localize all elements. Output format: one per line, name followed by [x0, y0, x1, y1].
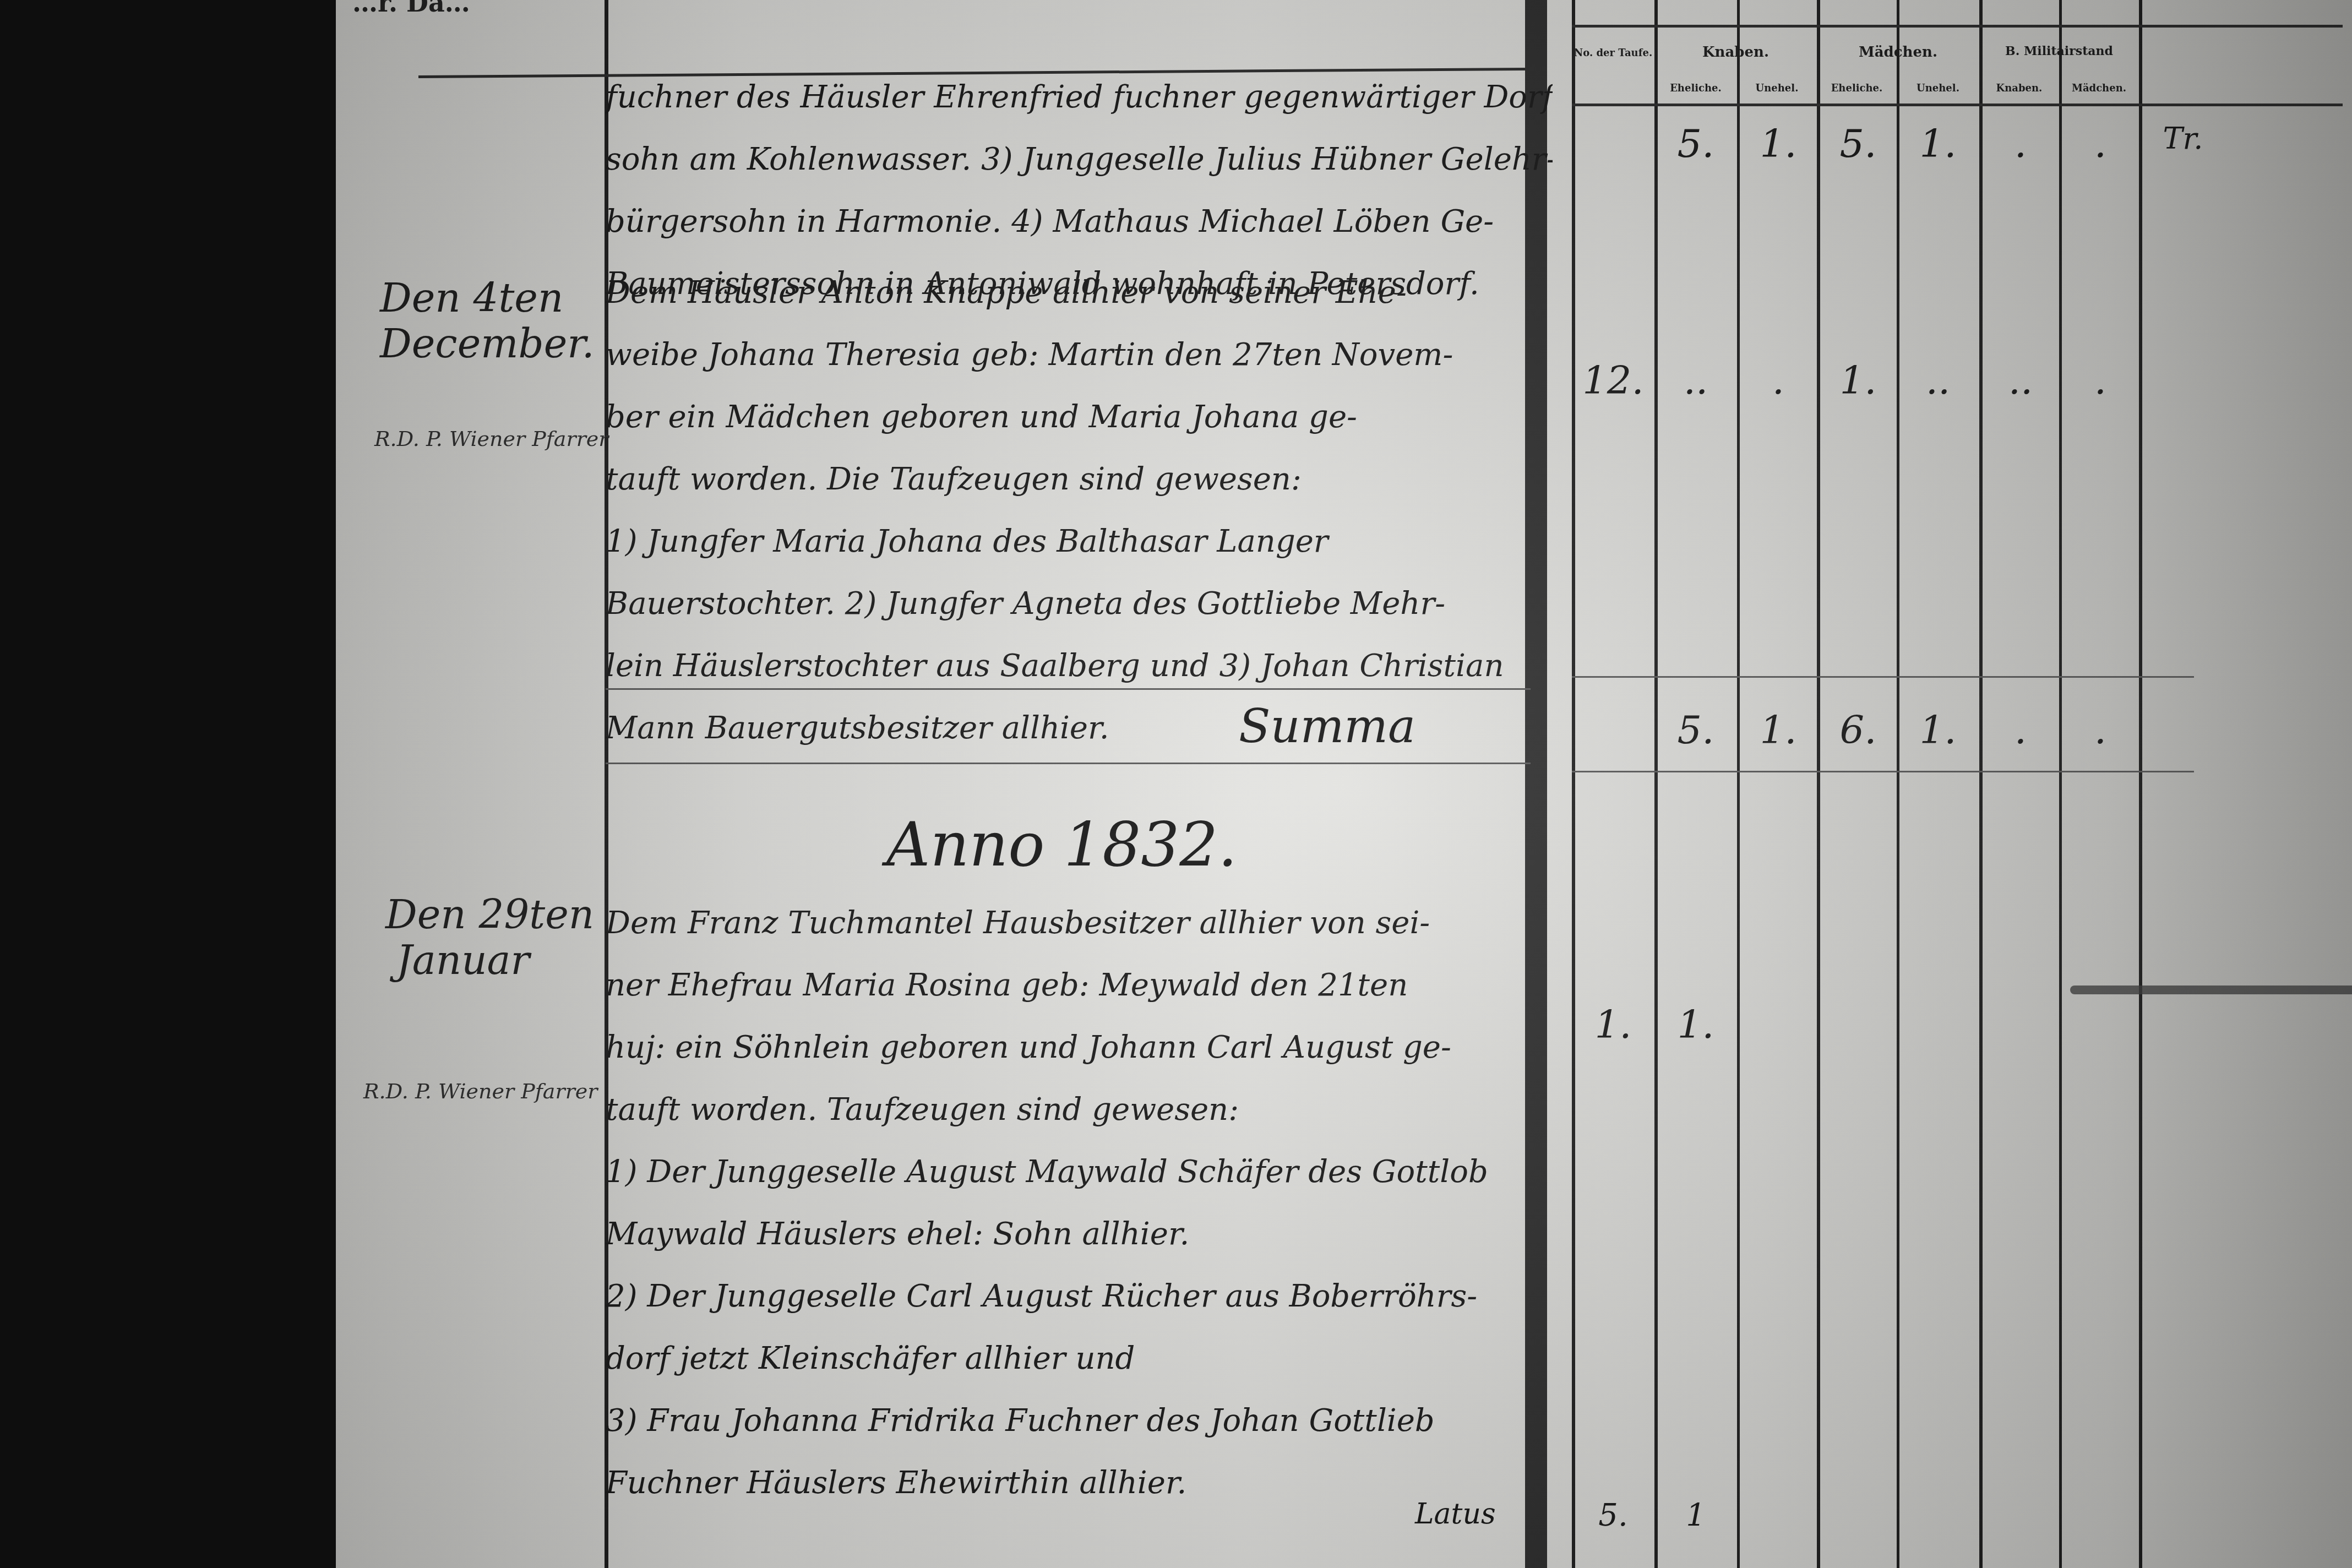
- summa-bottom-rule: [606, 763, 1531, 764]
- header-maedchen: Mädchen.: [1817, 44, 1979, 61]
- col-divider-knaben: [1817, 0, 1820, 1568]
- count-mil-knaben: .: [1979, 121, 2062, 166]
- entry-line: Fuchner Häuslers Ehewirthin allhier.: [606, 1452, 1553, 1514]
- entry-january-29: Dem Franz Tuchmantel Hausbesitzer allhie…: [606, 892, 1553, 1514]
- count-remark: Tr.: [2142, 121, 2224, 156]
- entry-date: Den 29ten Januar: [336, 892, 650, 983]
- header-mil-knaben: Knaben.: [1979, 83, 2059, 94]
- entry-line: tauft worden. Die Taufzeugen sind gewese…: [606, 448, 1553, 510]
- table-right-border: [2139, 0, 2142, 1568]
- count-mil-knaben: ..: [1979, 358, 2062, 403]
- summa-top-rule-right: [1572, 676, 2194, 678]
- latus-knaben-ehel: 1: [1654, 1498, 1737, 1533]
- entry-line: weibe Johana Theresia geb: Martin den 27…: [606, 324, 1553, 386]
- summa-maedchen-unehel: 1.: [1897, 707, 1979, 753]
- summa-bottom-rule-right: [1572, 771, 2194, 772]
- header-no: No. der Taufe.: [1572, 44, 1654, 63]
- summa-label: Summa: [1239, 699, 1415, 753]
- col-divider-maedchen: [1979, 0, 1983, 1568]
- entry-line: Dem Franz Tuchmantel Hausbesitzer allhie…: [606, 892, 1553, 954]
- summa-mil-knaben: .: [1979, 707, 2062, 753]
- entry-line: tauft worden. Taufzeugen sind gewesen:: [606, 1079, 1553, 1141]
- count-knaben-ehel: 5.: [1654, 121, 1737, 166]
- entry-line: bürgersohn in Harmonie. 4) Mathaus Micha…: [606, 190, 1553, 253]
- count-no: 1.: [1572, 1002, 1654, 1047]
- summa-knaben-ehel: 5.: [1654, 707, 1737, 753]
- summa-knaben-unehel: 1.: [1737, 707, 1820, 753]
- count-maedchen-unehel: 1.: [1897, 121, 1979, 166]
- count-knaben-ehel: 1.: [1654, 1002, 1737, 1047]
- entry-line: dorf jetzt Kleinschäfer allhier und: [606, 1327, 1553, 1390]
- entry-line: Bauerstochter. 2) Jungfer Agneta des Got…: [606, 573, 1553, 635]
- count-maedchen-ehel: 5.: [1817, 121, 1899, 166]
- count-maedchen-unehel: ..: [1897, 358, 1979, 403]
- page-header-fragment: …r. Da…: [352, 0, 470, 18]
- header-mil-maedchen: Mädchen.: [2059, 83, 2139, 94]
- table-left-border: [1572, 0, 1575, 1568]
- entry-line: 1) Jungfer Maria Johana des Balthasar La…: [606, 510, 1553, 573]
- count-maedchen-ehel: 1.: [1817, 358, 1899, 403]
- entry-line: Dem Häusler Anton Knappe allhier von sei…: [606, 262, 1553, 324]
- entry-line: ber ein Mädchen geboren und Maria Johana…: [606, 386, 1553, 448]
- col-divider-mil-sub: [2059, 0, 2062, 1568]
- margin-note: R.D. P. Wiener Pfarrer: [336, 1079, 628, 1103]
- entry-line: 1) Der Junggeselle August Maywald Schäfe…: [606, 1141, 1553, 1203]
- summa-maedchen-ehel: 6.: [1817, 707, 1899, 753]
- latus-no: 5.: [1572, 1498, 1654, 1533]
- table-header: No. der Taufe. Knaben. Eheliche. Unehel.…: [1572, 33, 2332, 110]
- entry-line: huj: ein Söhnlein geboren und Johann Car…: [606, 1016, 1553, 1079]
- count-mil-maedchen: .: [2059, 121, 2142, 166]
- header-militairstand: B. Militairstand: [1979, 44, 2139, 58]
- header-knaben-unehel: Unehel.: [1737, 83, 1817, 94]
- header-knaben: Knaben.: [1654, 44, 1817, 61]
- register-page: …r. Da… No. der Taufe. Knaben. Eheliche.…: [336, 0, 2352, 1568]
- entry-line: 3) Frau Johanna Fridrika Fuchner des Joh…: [606, 1390, 1553, 1452]
- col-divider-maedchen-sub: [1897, 0, 1899, 1568]
- count-mil-maedchen: .: [2059, 358, 2142, 403]
- table-header-top-rule: [1572, 25, 2343, 28]
- date-label: Den 4ten December.: [380, 275, 600, 367]
- entry-line: Maywald Häuslers ehel: Sohn allhier.: [606, 1203, 1553, 1265]
- count-knaben-unehel: .: [1737, 358, 1820, 403]
- header-knaben-ehel: Eheliche.: [1654, 83, 1737, 94]
- summa-mil-maedchen: .: [2059, 707, 2142, 753]
- col-divider-no: [1654, 0, 1658, 1568]
- entry-line: ner Ehefrau Maria Rosina geb: Meywald de…: [606, 954, 1553, 1016]
- entry-line: lein Häuslerstochter aus Saalberg und 3)…: [606, 635, 1553, 697]
- entry-date: Den 4ten December.: [336, 275, 644, 367]
- year-heading: Anno 1832.: [886, 809, 1237, 880]
- count-knaben-unehel: 1.: [1737, 121, 1820, 166]
- margin-note: R.D. P. Wiener Pfarrer: [336, 427, 639, 451]
- ink-smudge: [2070, 986, 2352, 994]
- entry-line: fuchner des Häusler Ehrenfried fuchner g…: [606, 66, 1553, 128]
- entry-december-4: Dem Häusler Anton Knappe allhier von sei…: [606, 262, 1553, 759]
- latus-label: Latus: [1415, 1498, 1496, 1531]
- entry-line: sohn am Kohlenwasser. 3) Junggeselle Jul…: [606, 128, 1553, 190]
- entry-line: 2) Der Junggeselle Carl August Rücher au…: [606, 1265, 1553, 1327]
- count-no: 12.: [1572, 358, 1654, 403]
- count-knaben-ehel: ..: [1654, 358, 1737, 403]
- header-maedchen-ehel: Eheliche.: [1817, 83, 1897, 94]
- header-maedchen-unehel: Unehel.: [1897, 83, 1979, 94]
- col-divider-knaben-sub: [1737, 0, 1740, 1568]
